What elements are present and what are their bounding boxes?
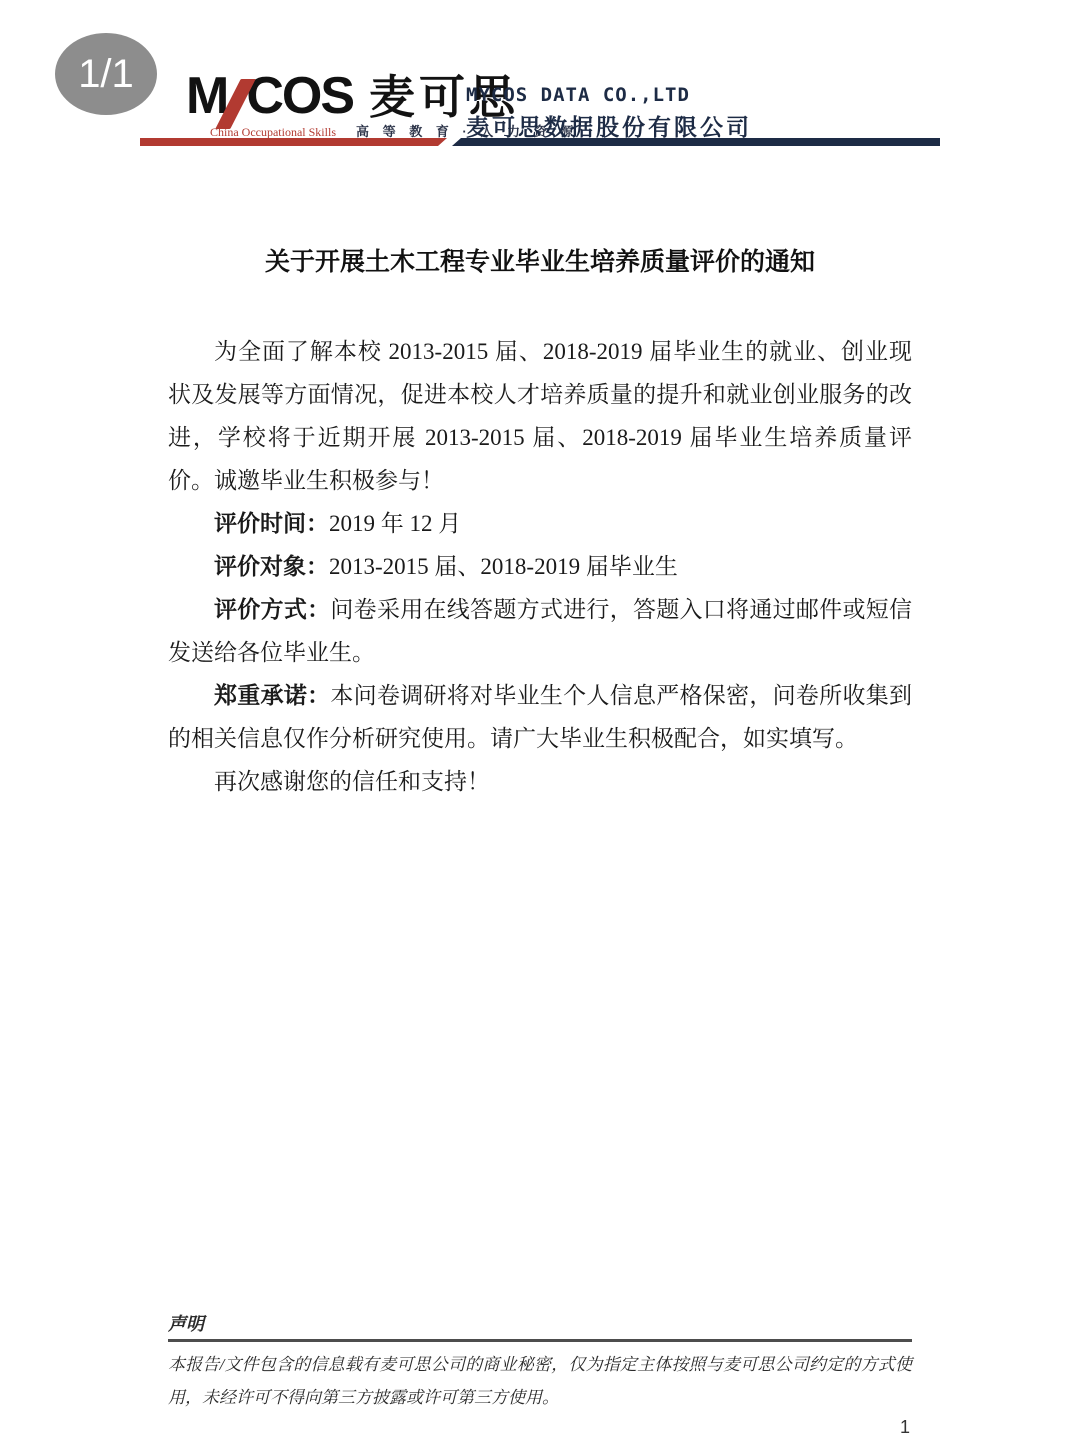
page-indicator-label: 1/1 [78,52,134,97]
company-name-en: MYCOS DATA CO.,LTD [466,84,752,106]
field-value: 2019 年 12 月 [329,511,461,536]
field-paragraph-time: 评价时间：2019 年 12 月 [168,502,912,545]
logo-letters-cos: COS [246,72,353,120]
closing-paragraph: 再次感谢您的信任和支持！ [168,760,912,803]
field-paragraph-method: 评价方式：问卷采用在线答题方式进行，答题入口将通过邮件或短信发送给各位毕业生。 [168,588,912,674]
page-number: 1 [168,1417,912,1438]
field-label: 评价时间： [214,511,329,536]
page-indicator-badge: 1/1 [55,33,157,115]
field-label: 郑重承诺： [214,683,330,708]
declaration-rule [168,1339,912,1342]
field-label: 评价方式： [214,597,330,622]
field-paragraph-promise: 郑重承诺：本问卷调研将对毕业生个人信息严格保密，问卷所收集到的相关信息仅作分析研… [168,674,912,760]
company-name-cn: 麦可思数据股份有限公司 [466,109,752,142]
field-label: 评价对象： [214,554,329,579]
declaration-footer: 声明 本报告/文件包含的信息载有麦可思公司的商业秘密，仅为指定主体按照与麦可思公… [168,1313,912,1438]
header-divider-red-segment [140,138,447,146]
field-value: 2013-2015 届、2018-2019 届毕业生 [329,554,678,579]
header-divider-navy-segment [452,138,940,146]
field-paragraph-target: 评价对象：2013-2015 届、2018-2019 届毕业生 [168,545,912,588]
declaration-heading: 声明 [168,1313,912,1335]
document-page: { "page": { "indicator": "1/1", "number"… [0,0,1080,1450]
declaration-text: 本报告/文件包含的信息载有麦可思公司的商业秘密，仅为指定主体按照与麦可思公司约定… [168,1348,912,1414]
notice-body: 关于开展土木工程专业毕业生培养质量评价的通知 为全面了解本校 2013-2015… [168,244,912,803]
logo-letter-m: M [186,72,227,120]
company-name-block: MYCOS DATA CO.,LTD 麦可思数据股份有限公司 [466,84,752,142]
page-title: 关于开展土木工程专业毕业生培养质量评价的通知 [168,244,912,282]
intro-paragraph: 为全面了解本校 2013-2015 届、2018-2019 届毕业生的就业、创业… [168,330,912,502]
